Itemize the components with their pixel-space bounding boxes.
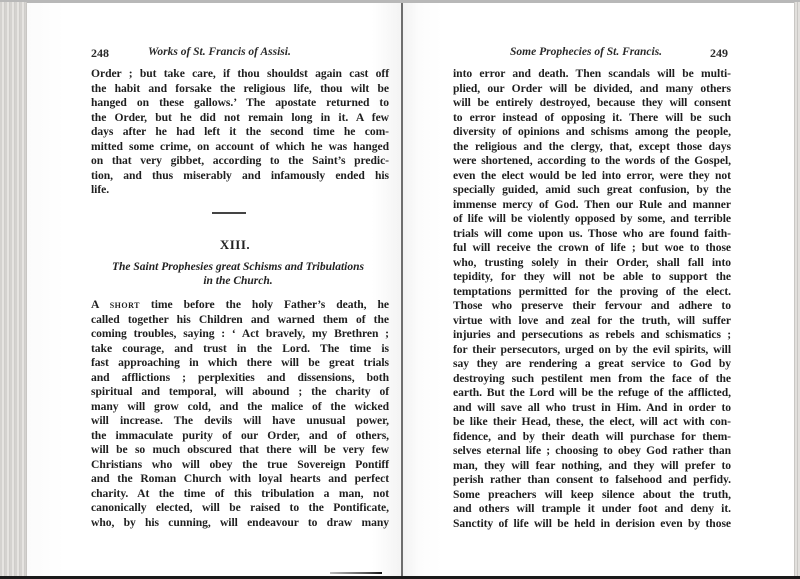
text-line: who, by his cunning, will endeavour to d… [91, 516, 389, 531]
text-line: canonically elected, will be raised to t… [91, 501, 389, 516]
text-line: earth. But the Lord will be the refuge o… [453, 386, 731, 401]
opening-word: A [91, 298, 99, 311]
text-line: the habit and forsake the religious life… [91, 82, 389, 97]
text-line: the immaculate purity of our Order, and … [91, 429, 389, 444]
text-line: will be entirely destroyed, because they… [453, 96, 731, 111]
text-line: and others will trample it under foot an… [453, 502, 731, 517]
text-line: the religious and the clergy, that, exce… [453, 140, 731, 155]
text-line: the Order, but he did not remain long in… [91, 111, 389, 126]
left-continuation-text: Order ; but take care, if thou shouldst … [91, 67, 389, 198]
book-page-edges-right [794, 2, 800, 577]
opening-rest: time before the holy Father’s death, he [140, 298, 389, 311]
text-line: mitted some crime, on account of which h… [91, 140, 389, 155]
book-page-edges-left [0, 2, 27, 577]
left-chapter-body: A short time before the holy Father’s de… [91, 298, 389, 530]
text-line: say they are rendering a great service t… [453, 357, 731, 372]
text-line: be like their Head, these, the elect, wi… [453, 415, 731, 430]
text-line: and the Roman Church with loyal hearts a… [91, 472, 389, 487]
left-page-number: 248 [91, 46, 109, 61]
text-line: perish rather than consent to falsehood … [453, 473, 731, 488]
text-line: for their persecutors, urged on by the e… [453, 343, 731, 358]
text-line: Some preachers will keep silence about t… [453, 488, 731, 503]
text-line: Order ; but take care, if thou shouldst … [91, 67, 389, 82]
opening-line: A short time before the holy Father’s de… [91, 298, 389, 313]
text-line: will be so much obscured that there will… [91, 443, 389, 458]
chapter-title-line: in the Church. [88, 275, 388, 289]
text-line: fast approaching in which there will be … [91, 356, 389, 371]
text-line: fidence, and by their death will purchas… [453, 430, 731, 445]
page-corner-mark [330, 572, 382, 574]
text-line: even the elect would be led into error, … [453, 169, 731, 184]
text-line: will increase. The devils will have unus… [91, 414, 389, 429]
text-line: and afflictions ; perplexities and disse… [91, 371, 389, 386]
right-body-text: into error and death. Then scandals will… [453, 67, 731, 531]
text-line: spiritual and temporal, will abound ; th… [91, 385, 389, 400]
section-divider-rule [212, 212, 246, 214]
text-line: life. [91, 183, 389, 198]
chapter-title: The Saint Prophesies great Schisms and T… [88, 261, 388, 288]
text-line: tion, and thus miserably and infamously … [91, 169, 389, 184]
text-line: and will save all who trust in Him. And … [453, 401, 731, 416]
text-line: destroying such pestilent men from the f… [453, 372, 731, 387]
text-line: Sanctity of life will be held in derisio… [453, 517, 731, 532]
text-line: hanged on these gallows.’ The apostate r… [91, 96, 389, 111]
right-running-head: Some Prophecies of St. Francis. [510, 46, 662, 58]
text-line: temptations permitted for the proving of… [453, 285, 731, 300]
text-line: Those who preserve their fervour and adh… [453, 299, 731, 314]
text-line: many will grow cold, and the malice of t… [91, 400, 389, 415]
text-line: plied, our Order will be divided, and ma… [453, 82, 731, 97]
text-line: coming troubles, saying : ‘ Act bravely,… [91, 327, 389, 342]
text-line: injuries and persecutions as rebels and … [453, 328, 731, 343]
left-running-head: Works of St. Francis of Assisi. [148, 46, 291, 58]
opening-smallcaps: short [110, 298, 140, 311]
text-line: specially guided, amid such great confus… [453, 183, 731, 198]
text-line: to error instead of opposing it. There w… [453, 111, 731, 126]
text-line: were shortened, according to the words o… [453, 154, 731, 169]
chapter-title-line: The Saint Prophesies great Schisms and T… [88, 261, 388, 275]
text-line: of life will be violently opposed by som… [453, 212, 731, 227]
text-line: who, trusting solely in their Order, sha… [453, 256, 731, 271]
chapter-number: XIII. [70, 237, 400, 253]
text-line: immense mercy of God. Then our Rule and … [453, 198, 731, 213]
text-line: take courage, and trust in the Lord. The… [91, 342, 389, 357]
text-line: ful will receive the crown of life ; but… [453, 241, 731, 256]
text-line: charity. At the time of this tribulation… [91, 487, 389, 502]
text-line: on that very gibbet, according to the Sa… [91, 154, 389, 169]
text-line: tepidity, for they will not be able to s… [453, 270, 731, 285]
text-line: trials will come upon us. Those who are … [453, 227, 731, 242]
text-line: virtue with love and zeal for the truth,… [453, 314, 731, 329]
text-line: into error and death. Then scandals will… [453, 67, 731, 82]
text-line: called together his Children and warned … [91, 313, 389, 328]
text-line: Christians who will obey the true Sovere… [91, 458, 389, 473]
text-line: man, they will fear nothing, and they wi… [453, 459, 731, 474]
text-line: diversity of opinions and schisms among … [453, 125, 731, 140]
right-page-number: 249 [710, 46, 728, 61]
text-line: selves eternal life ; choosing to obey G… [453, 444, 731, 459]
text-line: days after he had left it the second tim… [91, 125, 389, 140]
